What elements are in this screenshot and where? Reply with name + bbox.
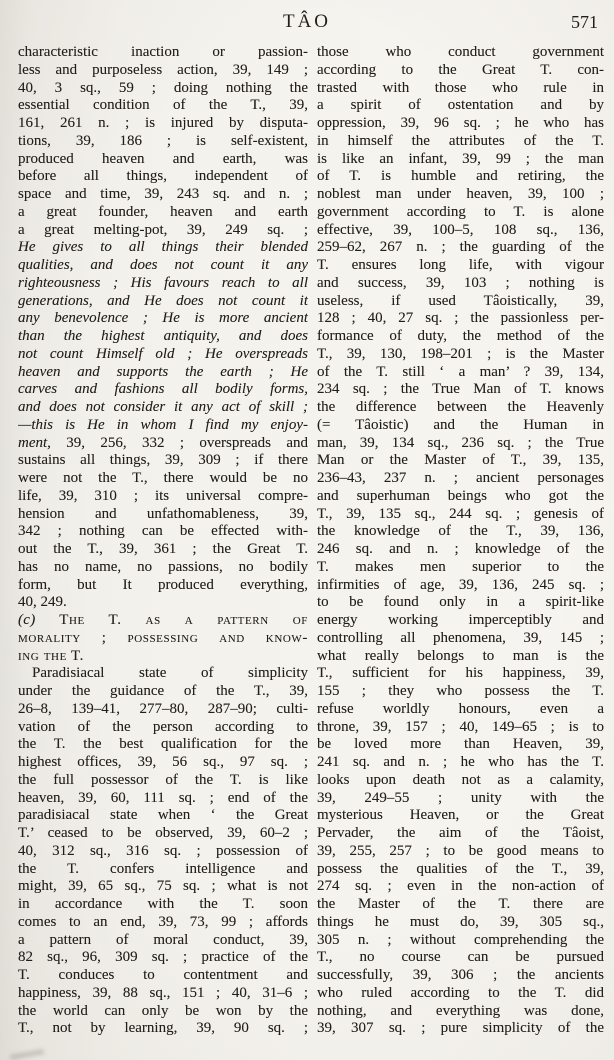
text-segment: man, 39, 134 sq., 236 sq. ; the True — [317, 435, 604, 451]
text-segment: form, but It produced everything, — [18, 577, 308, 593]
text-line: according to the Great T. con- — [317, 62, 604, 80]
text-line: possess the qualities of the T., 39, — [317, 861, 604, 879]
text-line: 39, 249–55 ; unity with the — [317, 790, 604, 808]
text-segment: T. conduces to contentment and — [18, 967, 308, 983]
text-line: before all things, independent of — [18, 168, 308, 186]
text-line: what really belongs to man is the — [317, 648, 604, 666]
text-line: tions, 39, 186 ; is self-existent, — [18, 133, 308, 151]
text-segment: government according to T. is alone — [317, 204, 604, 220]
italic-text-segment: He gives to all things their blended — [18, 239, 308, 255]
text-segment: might, 39, 65 sq., 75 sq. ; what is not — [18, 878, 308, 894]
text-line: happiness, 39, 88 sq., 151 ; 40, 31–6 ; — [18, 985, 308, 1003]
text-segment: possess the qualities of the T., 39, — [317, 861, 604, 877]
text-line: 161, 261 n. ; is injured by disputa- — [18, 115, 308, 133]
text-line: 39, 307 sq. ; pure simplicity of the — [317, 1020, 604, 1038]
text-line: space and time, 39, 243 sq. and n. ; — [18, 186, 308, 204]
text-line: heaven and supports the earth ; He — [18, 364, 308, 382]
text-line: 246 sq. and n. ; knowledge of the — [317, 541, 604, 559]
text-segment: less and purposeless action, 39, 149 ; — [18, 62, 308, 78]
text-segment: mysterious Heaven, or the Great — [317, 807, 604, 823]
text-line: 342 ; nothing can be effected with- — [18, 523, 308, 541]
text-line: those who conduct government — [317, 44, 604, 62]
text-segment: the knowledge of the T., 39, 136, — [317, 523, 604, 539]
text-segment: 274 sq. ; even in the non-action of — [317, 878, 604, 894]
text-line: 234 sq. ; the True Man of T. knows — [317, 381, 604, 399]
right-column: those who conduct governmentaccording to… — [317, 44, 604, 1038]
text-segment: in himself the attributes of the T. — [317, 133, 604, 149]
text-line: 26–8, 139–41, 277–80, 287–90; culti- — [18, 701, 308, 719]
text-line: in accordance with the T. soon — [18, 896, 308, 914]
italic-text-segment: righteousness ; His favours reach to all — [18, 275, 308, 291]
text-segment: T., 39, 135 sq., 244 sq. ; genesis of — [317, 506, 604, 522]
text-line: the world can only be won by the — [18, 1003, 308, 1021]
text-line: any benevolence ; He is more ancient — [18, 310, 308, 328]
text-line: T., sufficient for his happiness, 39, — [317, 665, 604, 683]
text-segment: 342 ; nothing can be effected with- — [18, 523, 308, 539]
text-line: 39, 255, 257 ; to be good means to — [317, 843, 604, 861]
text-segment: comes to an end, 39, 73, 99 ; affords — [18, 914, 308, 930]
text-segment: the full possessor of the T. is like — [18, 772, 308, 788]
text-segment: formance of duty, the method of the — [317, 328, 604, 344]
text-segment: Paradisiacal state of simplicity — [32, 665, 308, 681]
text-columns: characteristic inaction or passion-less … — [18, 44, 604, 1038]
text-line: paradisiacal state when ‘ the Great — [18, 807, 308, 825]
text-segment: 236–43, 237 n. ; ancient personages — [317, 470, 604, 486]
page-title: TÂO — [0, 11, 614, 33]
text-segment: what really belongs to man is the — [317, 648, 604, 664]
text-line: and superhuman beings who got the — [317, 488, 604, 506]
text-line: (c) The T. as a pattern of — [18, 612, 308, 630]
text-segment: T., no course can be pursued — [317, 949, 604, 965]
italic-text-segment: generations, and He does not count it — [18, 293, 308, 309]
text-line: refuse worldly honours, even a — [317, 701, 604, 719]
text-line: T. makes men superior to the — [317, 559, 604, 577]
text-line: sustains all things, 39, 309 ; if there — [18, 452, 308, 470]
text-line: were not the T., there would be no — [18, 470, 308, 488]
text-line: 82 sq., 96, 309 sq. ; practice of the — [18, 949, 308, 967]
text-segment: 39, 255, 257 ; to be good means to — [317, 843, 604, 859]
text-segment: and superhuman beings who got the — [317, 488, 604, 504]
text-line: might, 39, 65 sq., 75 sq. ; what is not — [18, 878, 308, 896]
text-segment: sustains all things, 39, 309 ; if there — [18, 452, 308, 468]
text-line: heaven, 39, 60, 111 sq. ; end of the — [18, 790, 308, 808]
text-line: qualities, and does not count it any — [18, 257, 308, 275]
text-segment: 246 sq. and n. ; knowledge of the — [317, 541, 604, 557]
text-line: has no name, no passions, no bodily — [18, 559, 308, 577]
text-line: 40, 249. — [18, 594, 308, 612]
text-segment: T.’ ceased to be observed, 39, 60–2 ; — [18, 825, 308, 841]
text-segment: has no name, no passions, no bodily — [18, 559, 308, 575]
text-line: the difference between the Heavenly — [317, 399, 604, 417]
text-line: vation of the person according to — [18, 719, 308, 737]
index-paragraph: characteristic inaction or passion-less … — [18, 44, 308, 612]
text-line: 274 sq. ; even in the non-action of — [317, 878, 604, 896]
text-segment: noblest man under heaven, 39, 100 ; — [317, 186, 604, 202]
small-caps-text-segment: morality ; possessing and know- — [18, 630, 308, 646]
text-line: nothing, and everything was done, — [317, 1003, 604, 1021]
text-segment: 234 sq. ; the True Man of T. knows — [317, 381, 604, 397]
text-segment: effective, 39, 100–5, 108 sq., 136, — [317, 222, 604, 238]
text-line: a great founder, heaven and earth — [18, 204, 308, 222]
text-line: less and purposeless action, 39, 149 ; — [18, 62, 308, 80]
text-segment: heaven, 39, 60, 111 sq. ; end of the — [18, 790, 308, 806]
text-segment: oppression, 39, 96 sq. ; he who has — [317, 115, 604, 131]
text-line: a great melting-pot, 39, 249 sq. ; — [18, 222, 308, 240]
text-line: the knowledge of the T., 39, 136, — [317, 523, 604, 541]
text-segment: 40, 249. — [18, 594, 67, 610]
text-line: than the highest antiquity, and does — [18, 328, 308, 346]
book-page-scan: TÂO 571 characteristic inaction or passi… — [0, 0, 614, 1060]
text-line: under the guidance of the T., 39, — [18, 683, 308, 701]
text-line: looks upon death not as a calamity, — [317, 772, 604, 790]
text-segment: nothing, and everything was done, — [317, 1003, 604, 1019]
text-line: is like an infant, 39, 99 ; the man — [317, 151, 604, 169]
text-segment: successfully, 39, 306 ; the ancients — [317, 967, 604, 983]
italic-text-segment: and does not consider it any act of skil… — [18, 399, 308, 415]
text-segment: 40, 312 sq., 316 sq. ; possession of — [18, 843, 308, 859]
text-segment: according to the Great T. con- — [317, 62, 604, 78]
index-paragraph: those who conduct governmentaccording to… — [317, 44, 604, 1038]
italic-text-segment: any benevolence ; He is more ancient — [18, 310, 308, 326]
text-line: 40, 312 sq., 316 sq. ; possession of — [18, 843, 308, 861]
text-line: successfully, 39, 306 ; the ancients — [317, 967, 604, 985]
text-line: Paradisiacal state of simplicity — [18, 665, 308, 683]
text-segment: 40, 3 sq., 59 ; doing nothing the — [18, 80, 308, 96]
italic-text-segment: (c) — [18, 612, 59, 628]
text-line: Pervader, the aim of the Tâoist, — [317, 825, 604, 843]
text-line: the Master of the T. there are — [317, 896, 604, 914]
text-line: comes to an end, 39, 73, 99 ; affords — [18, 914, 308, 932]
italic-text-segment: ment, — [18, 435, 51, 451]
text-line: produced heaven and earth, was — [18, 151, 308, 169]
text-line: the T. the best qualification for the — [18, 736, 308, 754]
scan-smudge — [10, 1049, 44, 1060]
text-line: 128 ; 40, 27 sq. ; the passionless per- — [317, 310, 604, 328]
text-segment: produced heaven and earth, was — [18, 151, 308, 167]
text-segment: a spirit of ostentation and by — [317, 97, 604, 113]
text-line: form, but It produced everything, — [18, 577, 308, 595]
text-line: 259–62, 267 n. ; the guarding of the — [317, 239, 604, 257]
text-segment: refuse worldly honours, even a — [317, 701, 604, 717]
text-segment: T., sufficient for his happiness, 39, — [317, 665, 604, 681]
text-line: useless, if used Tâoistically, 39, — [317, 293, 604, 311]
text-line: highest offices, 39, 56 sq., 97 sq. ; — [18, 754, 308, 772]
text-segment: and success, 39, 103 ; nothing is — [317, 275, 604, 291]
text-line: man, 39, 134 sq., 236 sq. ; the True — [317, 435, 604, 453]
text-segment: throne, 39, 157 ; 40, 149–65 ; is to — [317, 719, 604, 735]
text-segment: 82 sq., 96, 309 sq. ; practice of the — [18, 949, 308, 965]
text-segment: the T. confers intelligence and — [18, 861, 308, 877]
text-line: and success, 39, 103 ; nothing is — [317, 275, 604, 293]
text-line: and does not consider it any act of skil… — [18, 399, 308, 417]
text-line: mysterious Heaven, or the Great — [317, 807, 604, 825]
small-caps-text-segment: ing the T. — [18, 648, 84, 664]
text-segment: (= Tâoistic) and the Human in — [317, 417, 604, 433]
text-line: carves and fashions all bodily forms, — [18, 381, 308, 399]
text-segment: 128 ; 40, 27 sq. ; the passionless per- — [317, 310, 604, 326]
text-segment: the Master of the T. there are — [317, 896, 604, 912]
italic-text-segment: not count Himself old ; He overspreads — [18, 346, 308, 362]
text-segment: the difference between the Heavenly — [317, 399, 604, 415]
text-line: a spirit of ostentation and by — [317, 97, 604, 115]
text-line: effective, 39, 100–5, 108 sq., 136, — [317, 222, 604, 240]
text-line: ment, 39, 256, 332 ; overspreads and — [18, 435, 308, 453]
text-segment: is like an infant, 39, 99 ; the man — [317, 151, 604, 167]
text-line: characteristic inaction or passion- — [18, 44, 308, 62]
index-heading: (c) The T. as a pattern ofmorality ; pos… — [18, 612, 308, 665]
text-line: hension and unfathomableness, 39, — [18, 506, 308, 524]
italic-text-segment: qualities, and does not count it any — [18, 257, 308, 273]
text-segment: T. makes men superior to the — [317, 559, 604, 575]
page-number: 571 — [571, 12, 598, 33]
text-segment: 39, 249–55 ; unity with the — [317, 790, 604, 806]
text-line: government according to T. is alone — [317, 204, 604, 222]
text-segment: those who conduct government — [317, 44, 604, 60]
text-line: not count Himself old ; He overspreads — [18, 346, 308, 364]
text-segment: things he must do, 39, 305 sq., — [317, 914, 604, 930]
text-line: T.’ ceased to be observed, 39, 60–2 ; — [18, 825, 308, 843]
text-segment: Man or the Master of T., 39, 135, — [317, 452, 604, 468]
text-segment: the world can only be won by the — [18, 1003, 308, 1019]
text-segment: 39, 256, 332 ; overspreads and — [51, 435, 308, 451]
text-segment: highest offices, 39, 56 sq., 97 sq. ; — [18, 754, 308, 770]
text-line: throne, 39, 157 ; 40, 149–65 ; is to — [317, 719, 604, 737]
text-line: to be found only in a spirit-like — [317, 594, 604, 612]
text-line: 305 n. ; without comprehending the — [317, 932, 604, 950]
text-line: T., no course can be pursued — [317, 949, 604, 967]
text-line: of the T. still ‘ a man’ ? 39, 134, — [317, 364, 604, 382]
small-caps-text-segment: The T. as a pattern of — [59, 612, 308, 628]
text-segment: 241 sq. and n. ; he who has the T. — [317, 754, 604, 770]
text-segment: space and time, 39, 243 sq. and n. ; — [18, 186, 308, 202]
text-segment: before all things, independent of — [18, 168, 308, 184]
text-segment: looks upon death not as a calamity, — [317, 772, 604, 788]
text-line: —this is He in whom I find my enjoy- — [18, 417, 308, 435]
text-segment: tions, 39, 186 ; is self-existent, — [18, 133, 308, 149]
text-line: 155 ; they who possess the T. — [317, 683, 604, 701]
text-segment: be loved more than Heaven, 39, — [317, 736, 604, 752]
text-line: T., not by learning, 39, 90 sq. ; — [18, 1020, 308, 1038]
text-segment: a great melting-pot, 39, 249 sq. ; — [18, 222, 308, 238]
text-line: T., 39, 135 sq., 244 sq. ; genesis of — [317, 506, 604, 524]
text-segment: energy working imperceptibly and — [317, 612, 604, 628]
text-segment: in accordance with the T. soon — [18, 896, 308, 912]
text-segment: controlling all phenomena, 39, 145 ; — [317, 630, 604, 646]
text-line: energy working imperceptibly and — [317, 612, 604, 630]
text-segment: a great founder, heaven and earth — [18, 204, 308, 220]
text-segment: the T. the best qualification for the — [18, 736, 308, 752]
text-line: noblest man under heaven, 39, 100 ; — [317, 186, 604, 204]
text-segment: who ruled according to the T. did — [317, 985, 604, 1001]
text-segment: 161, 261 n. ; is injured by disputa- — [18, 115, 308, 131]
text-segment: 155 ; they who possess the T. — [317, 683, 604, 699]
text-segment: under the guidance of the T., 39, — [18, 683, 308, 699]
text-segment: infirmities of age, 39, 136, 245 sq. ; — [317, 577, 604, 593]
text-line: who ruled according to the T. did — [317, 985, 604, 1003]
text-line: out the T., 39, 361 ; the Great T. — [18, 541, 308, 559]
italic-text-segment: —this is He in whom I find my enjoy- — [18, 417, 308, 433]
text-line: of T. is humble and retiring, the — [317, 168, 604, 186]
text-segment: out the T., 39, 361 ; the Great T. — [18, 541, 308, 557]
text-segment: of the T. still ‘ a man’ ? 39, 134, — [317, 364, 604, 380]
text-segment: trasted with those who rule in — [317, 80, 604, 96]
text-segment: T., not by learning, 39, 90 sq. ; — [18, 1020, 308, 1036]
text-line: things he must do, 39, 305 sq., — [317, 914, 604, 932]
text-segment: 305 n. ; without comprehending the — [317, 932, 604, 948]
text-segment: T. ensures long life, with vigour — [317, 257, 604, 273]
text-line: be loved more than Heaven, 39, — [317, 736, 604, 754]
text-line: the full possessor of the T. is like — [18, 772, 308, 790]
text-segment: a pattern of moral conduct, 39, — [18, 932, 308, 948]
text-segment: T., 39, 130, 198–201 ; is the Master — [317, 346, 604, 362]
text-segment: of T. is humble and retiring, the — [317, 168, 604, 184]
text-line: ing the T. — [18, 648, 308, 666]
text-segment: paradisiacal state when ‘ the Great — [18, 807, 308, 823]
text-segment: happiness, 39, 88 sq., 151 ; 40, 31–6 ; — [18, 985, 308, 1001]
text-line: controlling all phenomena, 39, 145 ; — [317, 630, 604, 648]
text-line: infirmities of age, 39, 136, 245 sq. ; — [317, 577, 604, 595]
index-paragraph: Paradisiacal state of simplicityunder th… — [18, 665, 308, 1038]
italic-text-segment: than the highest antiquity, and does — [18, 328, 308, 344]
text-line: trasted with those who rule in — [317, 80, 604, 98]
text-line: 40, 3 sq., 59 ; doing nothing the — [18, 80, 308, 98]
text-line: a pattern of moral conduct, 39, — [18, 932, 308, 950]
left-column: characteristic inaction or passion-less … — [18, 44, 308, 1038]
text-line: generations, and He does not count it — [18, 293, 308, 311]
text-line: life, 39, 310 ; its universal compre- — [18, 488, 308, 506]
text-segment: essential condition of the T., 39, — [18, 97, 308, 113]
text-line: Man or the Master of T., 39, 135, — [317, 452, 604, 470]
text-line: T. conduces to contentment and — [18, 967, 308, 985]
page-header: TÂO 571 — [0, 11, 614, 35]
text-line: (= Tâoistic) and the Human in — [317, 417, 604, 435]
text-segment: 39, 307 sq. ; pure simplicity of the — [317, 1020, 604, 1036]
text-line: T., 39, 130, 198–201 ; is the Master — [317, 346, 604, 364]
text-segment: characteristic inaction or passion- — [18, 44, 308, 60]
text-segment: useless, if used Tâoistically, 39, — [317, 293, 604, 309]
text-line: T. ensures long life, with vigour — [317, 257, 604, 275]
text-segment: 259–62, 267 n. ; the guarding of the — [317, 239, 604, 255]
italic-text-segment: heaven and supports the earth ; He — [18, 364, 308, 380]
text-line: formance of duty, the method of the — [317, 328, 604, 346]
italic-text-segment: carves and fashions all bodily forms, — [18, 381, 308, 397]
text-segment: 26–8, 139–41, 277–80, 287–90; culti- — [18, 701, 308, 717]
text-line: oppression, 39, 96 sq. ; he who has — [317, 115, 604, 133]
text-segment: hension and unfathomableness, 39, — [18, 506, 308, 522]
text-line: in himself the attributes of the T. — [317, 133, 604, 151]
text-segment: were not the T., there would be no — [18, 470, 308, 486]
text-segment: Pervader, the aim of the Tâoist, — [317, 825, 604, 841]
text-line: the T. confers intelligence and — [18, 861, 308, 879]
text-line: 241 sq. and n. ; he who has the T. — [317, 754, 604, 772]
text-line: 236–43, 237 n. ; ancient personages — [317, 470, 604, 488]
text-segment: life, 39, 310 ; its universal compre- — [18, 488, 308, 504]
text-line: He gives to all things their blended — [18, 239, 308, 257]
text-segment: vation of the person according to — [18, 719, 308, 735]
text-line: righteousness ; His favours reach to all — [18, 275, 308, 293]
text-segment: to be found only in a spirit-like — [317, 594, 604, 610]
text-line: morality ; possessing and know- — [18, 630, 308, 648]
text-line: essential condition of the T., 39, — [18, 97, 308, 115]
